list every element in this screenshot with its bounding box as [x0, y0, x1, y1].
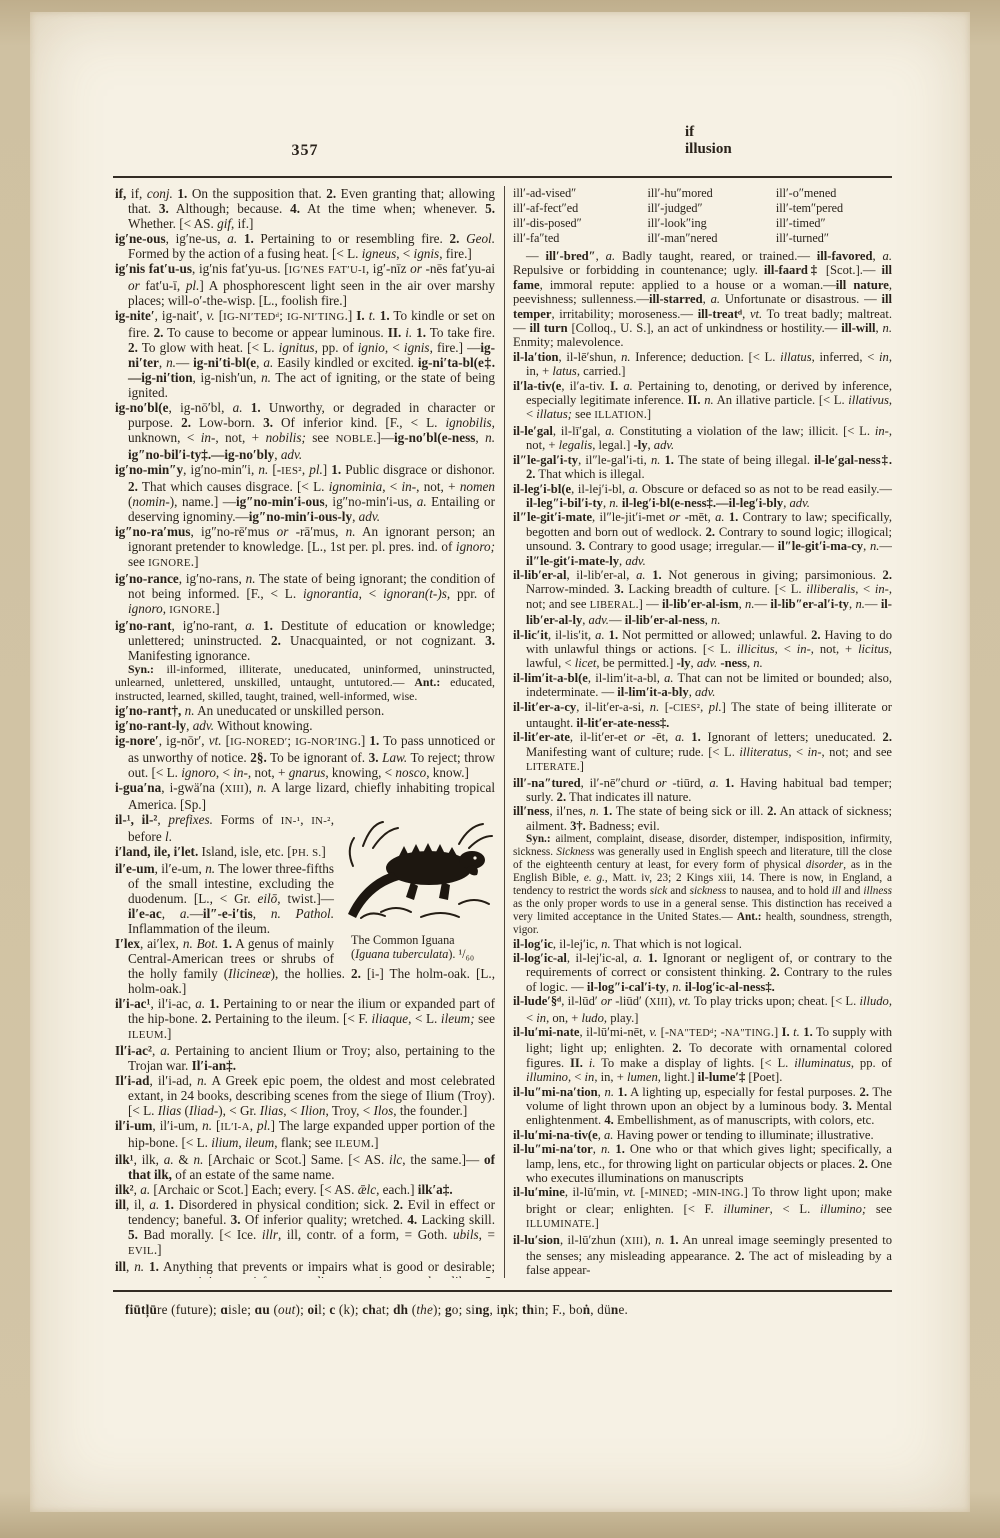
text-segment: 1. — [331, 462, 341, 477]
text-segment: il-¹, il-² — [115, 812, 157, 827]
text-segment: ileum — [245, 1135, 274, 1150]
text-segment: , ppr. of — [447, 586, 495, 601]
entry-illiberal: il-lib′er-al, il-lib′er-al, a. 1. Not ge… — [513, 568, 892, 628]
text-segment: A lighting up, especially for festal pur… — [627, 1085, 859, 1099]
text-segment: , il-lē′shun, — [559, 350, 622, 364]
text-segment: , ig′-nīz — [366, 261, 410, 276]
text-segment: ill′-na″tured — [513, 776, 581, 790]
text-segment: n. — [346, 524, 356, 539]
text-segment: ILEUM — [335, 1138, 371, 1150]
iguana-eye — [473, 857, 476, 860]
text-segment — [237, 231, 244, 246]
text-segment: , on, + — [546, 1011, 581, 1025]
text-segment: I′lex — [115, 936, 140, 951]
text-segment: il-le′gal — [513, 424, 553, 438]
text-segment: , — [700, 700, 709, 714]
text-segment: Bot. — [197, 936, 219, 951]
text-segment: Inference; deduction. [< L. — [631, 350, 781, 364]
text-segment: Unfortunate or disastrous. — — [720, 292, 881, 306]
entry-ignoble: ig-no′bl(e, ig-nō′bl, a. 1. Unworthy, or… — [115, 400, 495, 462]
text-segment: t. — [369, 308, 376, 323]
text-segment: .] — [644, 407, 651, 421]
text-segment: [Poet]. — [745, 1070, 782, 1084]
text-segment: isle; — [228, 1302, 254, 1317]
text-segment: , — [152, 1043, 160, 1058]
text-segment: II. — [388, 325, 402, 340]
text-segment: An illative particle. [< L. — [714, 393, 849, 407]
text-segment: il-leg′i-bl(e — [513, 482, 571, 496]
text-segment: .] — [592, 1216, 599, 1230]
left-column-upper: if, if, conj. 1. On the supposition that… — [115, 186, 495, 812]
text-segment: ig-no′bl(e-ness — [394, 430, 475, 445]
text-segment: il-lume′‡ — [698, 1070, 746, 1084]
text-segment: 1. — [369, 733, 379, 748]
text-segment: v. — [207, 308, 215, 323]
text-segment: 1. — [669, 1233, 678, 1247]
text-segment: , = — [479, 1227, 495, 1242]
text-segment: Pathol. — [296, 906, 334, 921]
text-segment: n. — [202, 1118, 212, 1133]
entry-illegality: il″le-gal′i-ty, il″le-gal′i-ti, n. 1. Th… — [513, 453, 892, 482]
text-segment: , — [157, 812, 168, 827]
text-segment: il-log′ic — [513, 937, 553, 951]
text-segment: Constituting a violation of the law; ill… — [615, 424, 875, 438]
text-segment: 1. — [618, 1085, 627, 1099]
entry-illness: ill′ness, il′nes, n. 1. The state of bei… — [513, 804, 892, 833]
text-segment: XIII — [624, 1236, 643, 1247]
text-segment: [Scot.].— — [820, 263, 882, 277]
text-segment: n. — [197, 1073, 207, 1088]
text-segment: , il″le-gal′i-ti, — [578, 453, 651, 467]
text-segment: n. — [883, 321, 892, 335]
text-segment: , il-lī′gal, — [553, 424, 605, 438]
text-segment: [Archaic or Scot.] Each; every. [< AS. — [150, 1182, 358, 1197]
text-segment: n. — [485, 430, 495, 445]
iguana-caption: The Common Iguana (Iguana tuberculata). … — [341, 932, 495, 962]
text-segment: a. — [629, 482, 638, 496]
text-segment: , fire.] — [439, 246, 472, 261]
text-segment: 3. — [231, 1212, 241, 1227]
entry-illiteracy: il-lit′er-a-cy, il-lit′er-a-si, n. [-CIE… — [513, 700, 892, 731]
right-column: ill′-ad-vised″ill′-hu″moredill′-o″menedi… — [513, 186, 892, 1278]
text-segment: Badly taught, reared, or trained.— — [615, 249, 817, 263]
text-segment: -liūd′ ( — [612, 994, 649, 1008]
text-segment: ignoro — [181, 765, 216, 780]
text-segment: , — [742, 307, 750, 321]
text-segment: or — [277, 524, 289, 539]
text-segment: IGNORE — [148, 557, 191, 569]
text-segment: e. — [618, 1302, 628, 1317]
text-segment: see — [572, 407, 594, 421]
text-segment: , ig′no-min″i, — [183, 462, 258, 477]
text-segment: 2. — [271, 633, 281, 648]
text-segment: Il′i-an‡. — [192, 1058, 236, 1073]
compound-word: ill′-ad-vised″ — [513, 186, 647, 201]
text-segment: 4. — [604, 1113, 613, 1127]
entry-illuminate: il-lu′mi-nate, il-lū′mi-nēt, v. [-NA″TED… — [513, 1025, 892, 1085]
text-segment: , il-lūd′ — [561, 994, 601, 1008]
text-segment: , light.] — [658, 1070, 698, 1084]
text-segment: il-leg″i-bil′i-ty — [526, 496, 603, 510]
text-segment: ). ¹/₆₀ — [448, 947, 474, 961]
text-segment: Ilias — [260, 1103, 283, 1118]
text-segment: , il′-nē″churd — [581, 776, 656, 790]
iguana-image — [341, 814, 495, 932]
text-segment: Whether. [< AS. — [128, 216, 217, 231]
entry-illegitimate: il″le-git′i-mate, il″le-jit′i-met or -mē… — [513, 510, 892, 568]
text-segment: n. — [753, 656, 762, 670]
text-segment: illumino — [526, 1070, 568, 1084]
text-segment: 2. — [557, 790, 566, 804]
text-segment: 3. — [159, 201, 169, 216]
text-segment: 1. — [803, 1025, 812, 1039]
text-segment: 2. — [883, 730, 892, 744]
text-segment: n. — [258, 462, 268, 477]
text-segment: [- — [268, 462, 281, 477]
text-segment: if, — [126, 186, 146, 201]
text-segment: Syn.: — [128, 662, 154, 676]
text-segment: CIES² — [673, 703, 700, 714]
text-segment: , not, + — [215, 430, 265, 445]
text-segment: Repulsive or forbidding in countenance; … — [513, 263, 764, 277]
text-segment: sick — [650, 885, 667, 897]
entry-ignorance: ig′no-rance, ig′no-rans, n. The state of… — [115, 571, 495, 618]
text-segment: nomen — [460, 479, 495, 494]
text-segment: ill-starred — [649, 292, 703, 306]
entry-ill-bred-group: — ill′-bred″, a. Badly taught, reared, o… — [513, 249, 892, 350]
text-segment: il-lu′sion — [513, 1233, 560, 1247]
text-segment: 1. — [725, 776, 734, 790]
text-segment: latus — [552, 364, 577, 378]
text-segment: Forms of — [213, 812, 281, 827]
text-segment: 3†. — [570, 819, 586, 833]
text-segment: That which causes disgrace. [< L. — [138, 479, 329, 494]
text-segment: ILLUMINATE — [526, 1219, 592, 1230]
text-segment: , fire.] — — [430, 340, 481, 355]
text-segment: , pp. of — [851, 1056, 892, 1070]
text-segment: in- — [875, 582, 889, 596]
text-segment: 1. — [603, 804, 612, 818]
compound-word: ill′-o″mened — [776, 186, 892, 201]
text-segment: 2. — [326, 186, 336, 201]
text-segment: Ignorant of letters; uneducated. — [701, 730, 883, 744]
text-segment: .] — [577, 759, 584, 773]
text-segment: il-lib′er-al — [513, 568, 566, 582]
text-segment: , < — [788, 745, 807, 759]
text-segment: illiteratus — [739, 745, 788, 759]
text-segment: in — [879, 350, 889, 364]
entry-illiterate: il-lit′er-ate, il-lit′er-et or -ēt, a. 1… — [513, 730, 892, 775]
text-segment: ig″no-min′i-ous-ly — [249, 509, 352, 524]
text-segment: The state of being sick or ill. — [612, 804, 767, 818]
ill-compound-word-list: ill′-ad-vised″ill′-hu″moredill′-o″menedi… — [513, 186, 892, 246]
compound-word: ill′-man″nered — [647, 231, 775, 246]
text-segment: , play.] — [604, 1011, 639, 1025]
text-segment: ; - — [684, 1185, 696, 1199]
text-segment: Of inferior kind. [F., < L. — [273, 415, 446, 430]
text-segment: I. — [610, 379, 618, 393]
text-segment: , < — [568, 1070, 585, 1084]
text-segment: , il-lis′it, — [548, 628, 595, 642]
entry-ignis-fatuus: ig′nis fat′u-us, ig′nis fat′yu-us. [IG′N… — [115, 261, 495, 308]
text-segment: illness — [863, 885, 892, 897]
text-segment: , the founder.] — [393, 1103, 467, 1118]
text-segment: ɑu — [255, 1302, 270, 1317]
text-segment: a. — [606, 249, 615, 263]
text-segment: Obscure or defaced so as not to be read … — [638, 482, 892, 496]
text-segment: a. — [675, 730, 684, 744]
text-segment: , ig-nish′un, — [193, 370, 262, 385]
text-segment: il-log′ic-al-ness‡. — [685, 980, 775, 994]
text-segment: ), — [668, 994, 679, 1008]
text-segment: , — [475, 430, 485, 445]
text-segment: IG-NORED′ — [230, 736, 287, 748]
text-segment: -ly — [634, 438, 648, 452]
text-segment: o; si — [452, 1302, 475, 1317]
text-segment: il-lu′mine — [513, 1185, 565, 1199]
text-segment: n. — [609, 496, 618, 510]
text-segment: 1. — [251, 400, 261, 415]
text-segment: Law. — [382, 750, 407, 765]
text-segment: n. — [134, 1259, 144, 1274]
text-segment: ), — [643, 1233, 655, 1247]
text-segment: ig-nite′ — [115, 308, 155, 323]
text-segment: 2. — [883, 568, 892, 582]
text-segment: Manifesting ignorance. — [128, 648, 250, 663]
iguana-illustration: The Common Iguana (Iguana tuberculata). … — [341, 814, 495, 962]
text-segment: At the time when; whenever. — [300, 201, 485, 216]
text-segment: NOBLE — [336, 433, 374, 445]
text-segment: II. — [570, 1056, 583, 1070]
text-segment: Pertaining to the ileum. [< F. — [211, 1011, 371, 1026]
text-segment: illudo — [859, 994, 888, 1008]
text-segment: vt. — [209, 733, 222, 748]
text-segment: Inflammation of the ileum. — [128, 921, 270, 936]
text-segment: Ilias — [158, 1103, 181, 1118]
text-segment: , il′e-um, — [155, 861, 206, 876]
text-segment: Manifesting want of culture; rude. [< L. — [526, 745, 739, 759]
compound-word: ill′-hu″mored — [647, 186, 775, 201]
text-segment: ill — [115, 1259, 126, 1274]
text-segment: ignorantia — [303, 586, 359, 601]
text-segment: Public disgrace or dishonor. — [341, 462, 495, 477]
text-segment: ig″no-bil′i-ty‡.—ig-no′bly — [128, 447, 274, 462]
text-segment: 1. — [648, 951, 657, 965]
text-segment: Easily kindled or excited. — [273, 355, 418, 370]
text-segment: il-lib″er-al′i-ty — [770, 597, 849, 611]
text-segment: adv. — [589, 613, 609, 627]
text-segment: , — [598, 1085, 605, 1099]
text-segment: Badness; evil. — [586, 819, 660, 833]
text-segment: i′land, ile, i′let. — [115, 844, 198, 859]
text-segment: 2. — [770, 965, 779, 979]
text-segment: a. — [180, 906, 190, 921]
text-segment: , il′a-tiv. — [561, 379, 610, 393]
text-segment: [ — [215, 308, 223, 323]
text-segment: n. — [205, 861, 215, 876]
text-segment: [Archaic or Scot.] Same. [< AS. — [203, 1152, 389, 1167]
text-segment: n. — [246, 571, 256, 586]
text-segment: ig′no-rance — [115, 571, 179, 586]
text-segment: ig′nis fat′u-us — [115, 261, 192, 276]
text-segment: On the supposition that. — [187, 186, 326, 201]
text-segment: adv. — [790, 496, 810, 510]
text-segment: a. — [245, 618, 255, 633]
text-segment: Lacking breadth of culture. [< L. — [624, 582, 807, 596]
text-segment: ill′ness — [513, 804, 549, 818]
text-segment: il-lu′mi-na-tiv(e — [513, 1128, 598, 1142]
text-segment: , ilk, — [134, 1152, 164, 1167]
text-segment: ignio — [358, 340, 385, 355]
text-segment: igneus — [362, 246, 396, 261]
text-segment: , ai′lex, — [140, 936, 183, 951]
text-segment: , ig′nis fat′yu-us. [ — [192, 261, 289, 276]
text-segment: 2. — [811, 628, 820, 642]
text-segment: n. — [601, 937, 610, 951]
text-segment: , — [186, 718, 193, 733]
text-segment: 5. — [128, 1227, 138, 1242]
text-segment: or — [128, 278, 140, 293]
text-segment: , ig-nōr′, — [159, 733, 209, 748]
text-segment: Not generous in giving; parsimonious. — [662, 568, 883, 582]
text-segment: .] — [771, 1025, 782, 1039]
text-segment: ( — [270, 1302, 278, 1317]
text-segment: Pertaining to or resembling fire. — [254, 231, 450, 246]
text-segment: n. — [651, 453, 660, 467]
text-segment: , not, + — [416, 479, 460, 494]
text-segment: ); — [296, 1302, 308, 1317]
text-segment: lumen — [627, 1070, 658, 1084]
text-segment: 1. — [652, 568, 661, 582]
text-segment: NA″TING — [725, 1028, 771, 1039]
text-segment: see — [475, 1011, 495, 1026]
text-segment: 2. — [393, 1197, 403, 1212]
text-segment: il-la′tion — [513, 350, 559, 364]
compound-word: ill′-timed″ — [776, 216, 892, 231]
text-segment: adv. — [697, 656, 717, 670]
text-segment: , ill, contr. of a form, = Goth. — [278, 1227, 453, 1242]
text-segment: , — [162, 906, 180, 921]
text-segment: , ig″no-min′i-us, — [325, 494, 417, 509]
text-segment: IGNORE — [169, 604, 212, 616]
text-segment: illuminer — [723, 1202, 769, 1216]
text-segment: 2. — [351, 966, 361, 981]
text-segment: ig′no-min″y — [115, 462, 183, 477]
text-segment: 2. — [735, 1249, 744, 1263]
text-segment: , flank; see — [274, 1135, 335, 1150]
text-segment: , < — [775, 642, 797, 656]
text-segment: Not permitted or allowed; unlawful. — [618, 628, 811, 642]
text-segment: , be permitted.] — [596, 656, 676, 670]
text-segment: 2. — [860, 1085, 869, 1099]
text-segment: a. — [605, 424, 614, 438]
text-segment: IES² — [281, 465, 302, 477]
text-segment: licet — [575, 656, 597, 670]
text-segment: a. — [233, 400, 243, 415]
text-segment: ill-treatᵈ — [698, 307, 742, 321]
text-segment: , pp. of — [315, 340, 358, 355]
text-segment: XIII — [649, 997, 668, 1008]
text-segment: il-lim′it-a-bl(e — [513, 671, 588, 685]
text-segment: 2. — [181, 415, 191, 430]
text-segment: 2. — [672, 1041, 681, 1055]
text-segment: 2. — [449, 231, 459, 246]
entry-ilk-2: ilk², a. [Archaic or Scot.] Each; every.… — [115, 1182, 495, 1197]
text-segment: adv. — [359, 509, 380, 524]
text-segment: prefixes. — [168, 812, 213, 827]
text-segment: Embellishment, as of manuscripts, with c… — [614, 1113, 875, 1127]
text-segment: a. — [195, 996, 205, 1011]
text-segment: il′e-ac — [128, 906, 162, 921]
text-segment: ILEUM — [128, 1029, 164, 1041]
text-segment: pl. — [257, 1118, 271, 1133]
text-segment: , < L. — [408, 1011, 441, 1026]
compound-word: ill′-af-fect″ed — [513, 201, 647, 216]
text-segment: a. — [140, 1182, 150, 1197]
text-segment: 1. — [665, 453, 674, 467]
text-segment — [243, 400, 251, 415]
text-segment: ig′no-rant-ly — [115, 718, 186, 733]
text-segment: .] — [154, 1242, 162, 1257]
entry-illation: il-la′tion, il-lē′shun, n. Inference; de… — [513, 350, 892, 379]
text-segment: 3. — [369, 750, 379, 765]
text-segment: PH. S. — [292, 847, 322, 859]
text-segment: and — [667, 885, 689, 897]
text-segment: , inferred, < — [812, 350, 879, 364]
text-segment: , il-lū′min, — [565, 1185, 624, 1199]
text-segment: ilk′a‡. — [418, 1182, 453, 1197]
text-segment: at; — [376, 1302, 393, 1317]
text-segment: a. — [417, 494, 427, 509]
entry-ignorant: ig′no-rant, ig′no-rant, a. 1. Destitute … — [115, 618, 495, 663]
text-segment: iliaque — [372, 1011, 409, 1026]
text-segment: pl. — [186, 278, 200, 293]
text-segment: , each.] — [376, 1182, 418, 1197]
text-segment: the — [416, 1302, 433, 1317]
text-segment: ilk¹ — [115, 1152, 134, 1167]
entry-ill-adjective: ill, il, a. 1. Disordered in physical co… — [115, 1197, 495, 1259]
text-segment: in- — [401, 479, 416, 494]
text-segment: -ly — [677, 656, 691, 670]
text-segment: il-lib′er-al-ness — [625, 613, 705, 627]
text-segment — [281, 906, 296, 921]
page-number: 357 — [115, 142, 495, 160]
text-segment: see — [866, 1202, 892, 1216]
text-segment: , not; and see — [822, 745, 892, 759]
pronunciation-key: fiūtļūre (future); ɑisle; ɑu (out); oil;… — [125, 1302, 892, 1318]
text-segment: ] — [321, 844, 325, 859]
text-segment: in- — [797, 642, 811, 656]
text-segment: or — [410, 261, 422, 276]
text-segment: , il-lū′mi-nēt, — [580, 1025, 650, 1039]
text-segment: Disordered in physical condition; sick. — [174, 1197, 393, 1212]
text-segment: . — [169, 829, 172, 844]
text-segment: , — [126, 1259, 134, 1274]
text-segment: — — [879, 539, 892, 553]
text-segment: 1. — [609, 628, 618, 642]
text-segment: Geol. — [466, 231, 495, 246]
compound-word: ill′-turned″ — [776, 231, 892, 246]
text-segment: ill — [832, 885, 841, 897]
text-segment: ); — [433, 1302, 445, 1317]
text-segment: n. — [855, 597, 864, 611]
text-segment: a. — [263, 355, 273, 370]
text-segment: LIBERAL — [590, 600, 636, 611]
text-segment: il-lude′§ᵈ — [513, 994, 561, 1008]
text-segment: , knowing, < — [325, 765, 395, 780]
text-segment: .] — [371, 1135, 379, 1150]
text-segment: , ig-nō′bl, — [169, 400, 233, 415]
